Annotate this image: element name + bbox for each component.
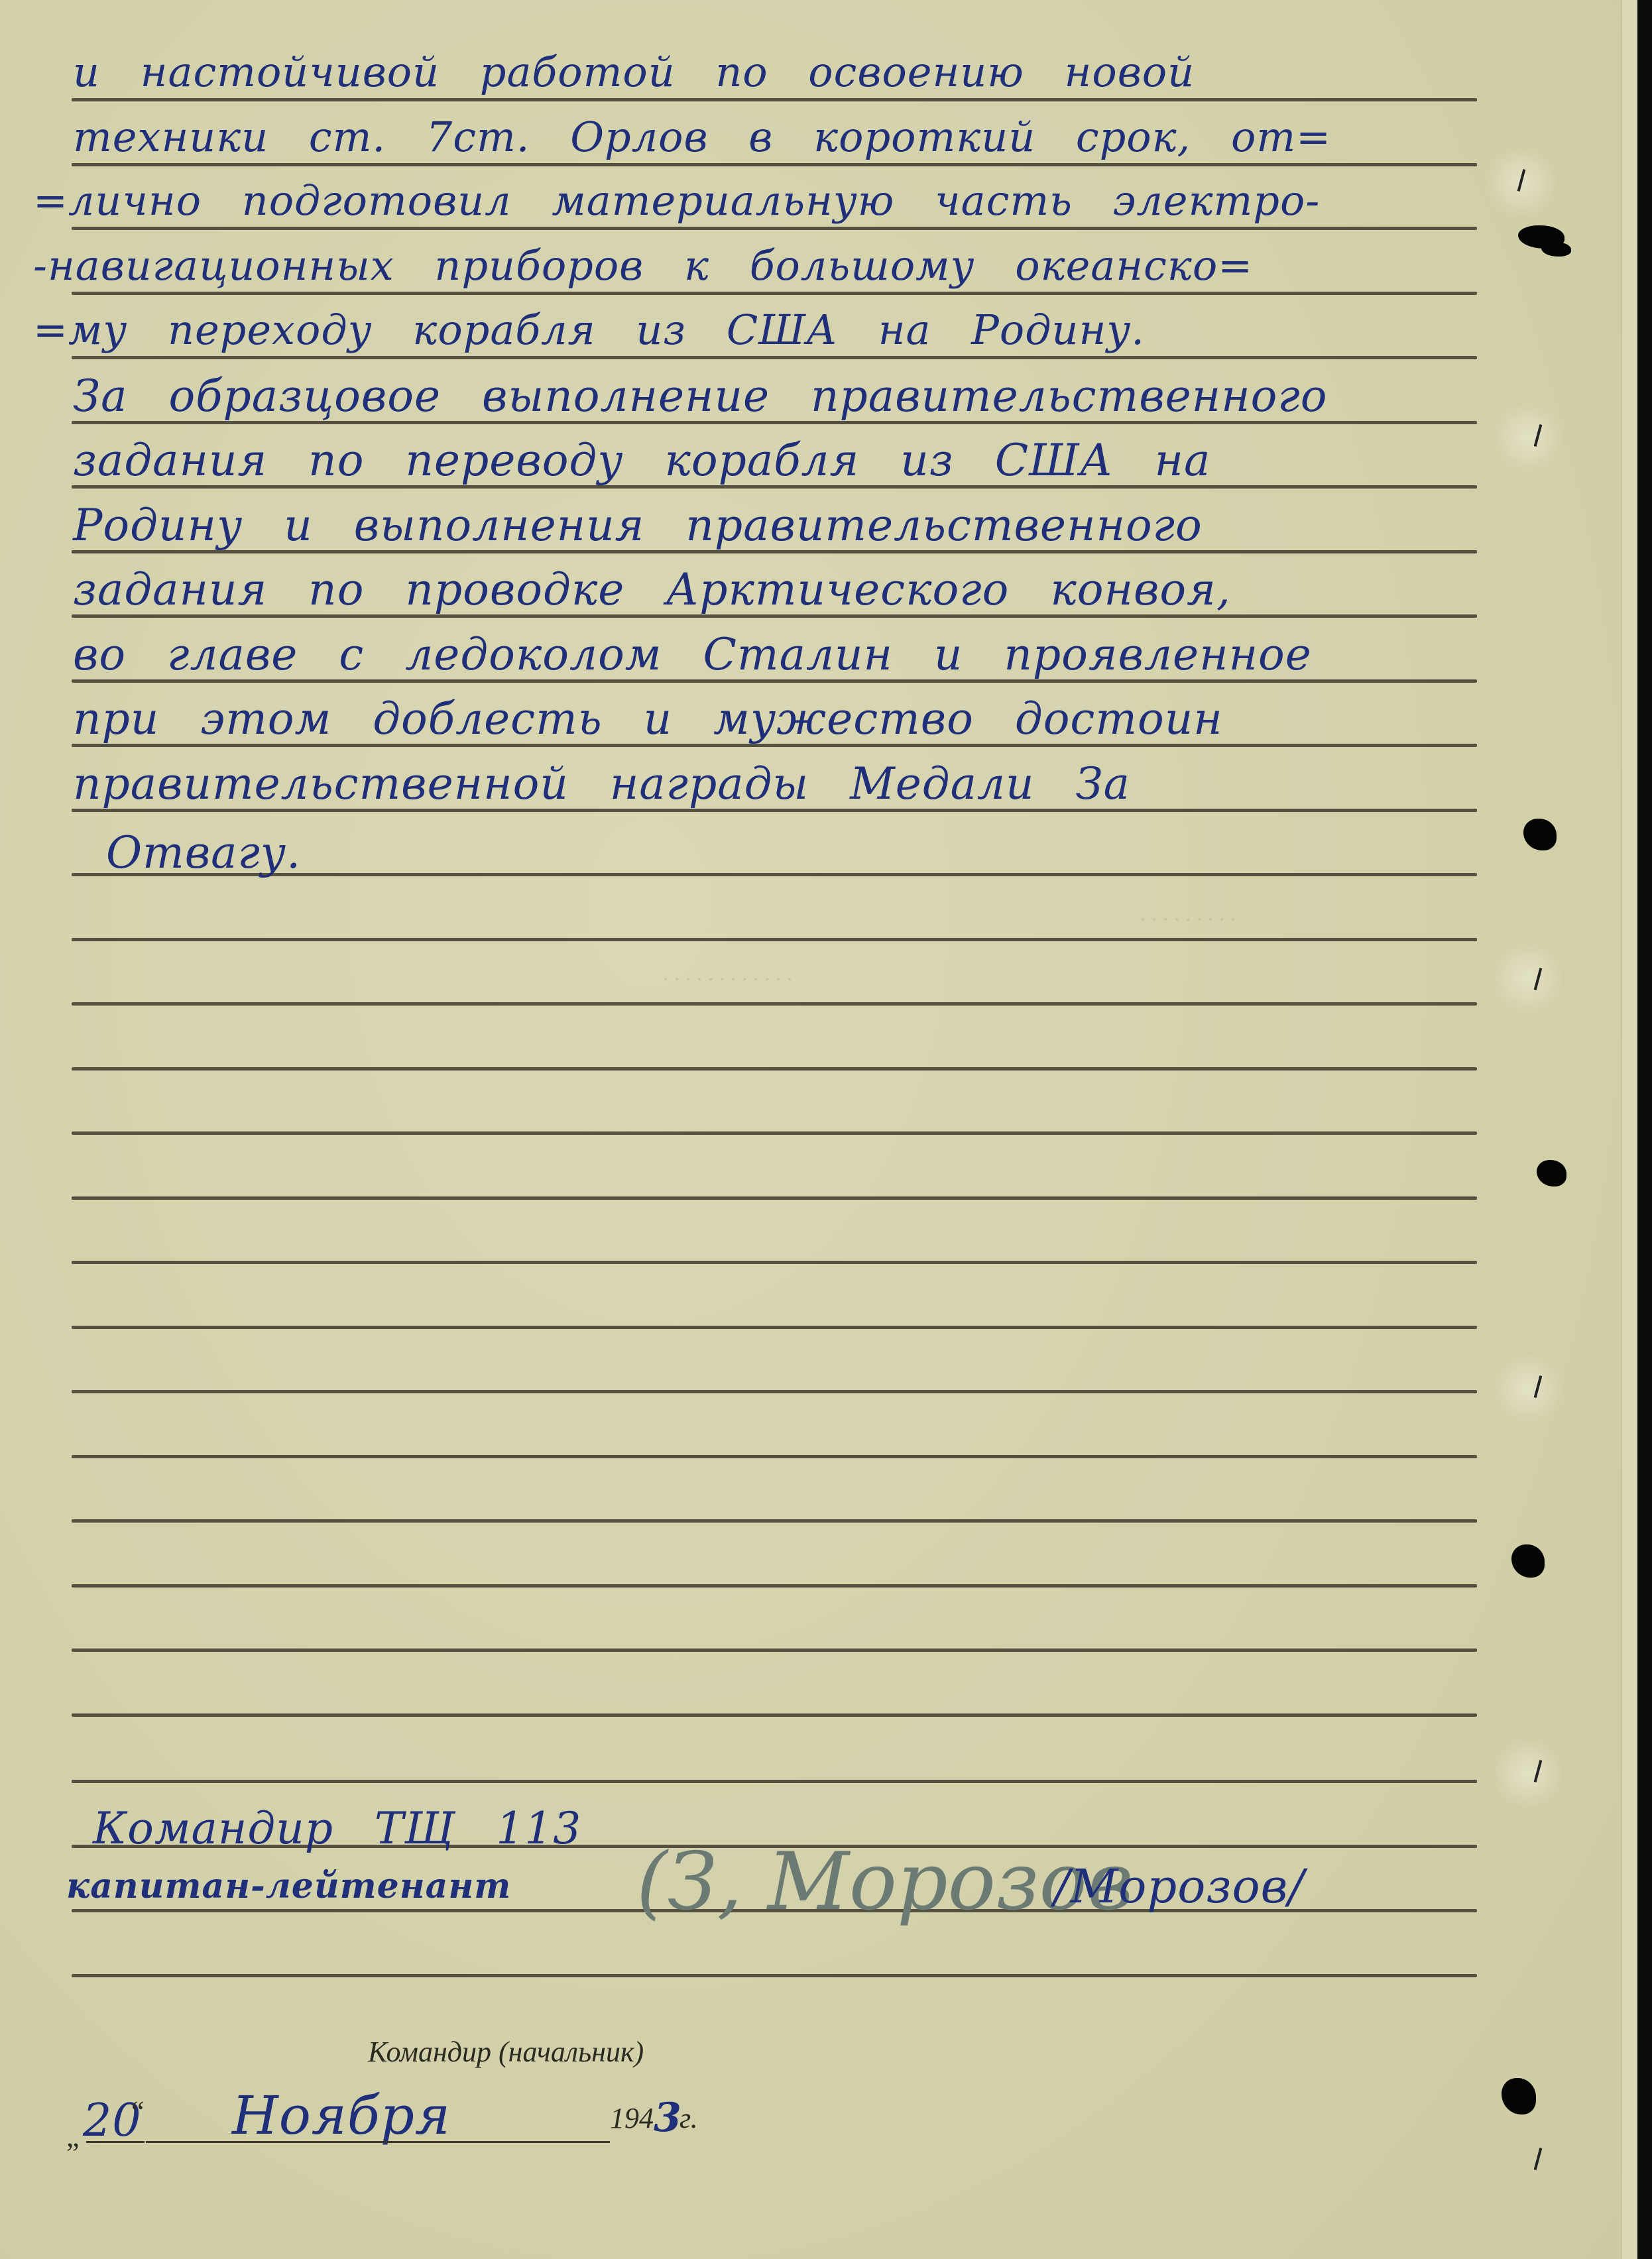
ruled-line bbox=[72, 1519, 1477, 1523]
page-edge bbox=[1621, 0, 1639, 2259]
scan-border bbox=[1637, 0, 1652, 2259]
date-year-digit: 3 bbox=[654, 2095, 682, 2141]
body-line-10: во главе с ледоколом Сталин и проявленно… bbox=[73, 629, 1312, 680]
ruled-line bbox=[72, 292, 1477, 295]
ruled-line bbox=[72, 1002, 1477, 1006]
ruled-line bbox=[72, 1261, 1477, 1264]
date-year-suffix: г. bbox=[679, 2101, 698, 2135]
body-line-7: задания по переводу корабля из США на bbox=[73, 435, 1210, 486]
body-line-12: правительственной награды Медали За bbox=[73, 758, 1130, 809]
body-line-8: Родину и выполнения правительственного bbox=[73, 500, 1203, 551]
ruled-line bbox=[72, 1974, 1477, 1977]
commander-caption: Командир (начальник) bbox=[368, 2035, 644, 2069]
date-line: „ 20 “ Ноября 194 3 г. bbox=[66, 2095, 729, 2154]
paper-dent bbox=[1492, 941, 1564, 1014]
date-close-quote: “ bbox=[131, 2095, 145, 2128]
ruled-line bbox=[72, 1326, 1477, 1329]
ruled-line bbox=[72, 1131, 1477, 1135]
body-line-2: техники ст. 7ст. Орлов в короткий срок, … bbox=[73, 113, 1331, 161]
body-line-11: при этом доблесть и мужество достоин bbox=[73, 693, 1223, 744]
commander-position: Командир ТЩ 113 bbox=[93, 1803, 581, 1854]
date-day-underline bbox=[86, 2141, 145, 2143]
date-open-quote: „ bbox=[66, 2120, 80, 2154]
ruled-line bbox=[72, 356, 1477, 359]
ruled-line bbox=[72, 1455, 1477, 1458]
body-line-9: задания по проводке Арктического конвоя, bbox=[73, 564, 1231, 615]
ruled-line bbox=[72, 227, 1477, 230]
body-line-13: Отвагу. bbox=[106, 827, 301, 878]
body-line-3: =лично подготовил материальную часть эле… bbox=[33, 176, 1320, 225]
ruled-line bbox=[72, 1390, 1477, 1393]
ruled-line bbox=[72, 1649, 1477, 1652]
ruled-line bbox=[72, 98, 1477, 101]
body-line-5: =му переходу корабля из США на Родину. bbox=[33, 306, 1145, 354]
ruled-line bbox=[72, 938, 1477, 941]
ruled-line bbox=[72, 163, 1477, 166]
bleed-through-text: . . . . . . . . . bbox=[1140, 901, 1236, 927]
ruled-line bbox=[72, 1713, 1477, 1717]
signatory-name: /Морозов/ bbox=[1054, 1859, 1305, 1914]
body-line-4: -навигационных приборов к большому океан… bbox=[33, 241, 1253, 290]
paper-dent bbox=[1492, 1352, 1564, 1425]
ruled-line bbox=[72, 1584, 1477, 1588]
date-month-underline bbox=[146, 2141, 610, 2143]
ruled-line bbox=[72, 1067, 1477, 1071]
date-year-printed: 194 bbox=[610, 2101, 654, 2135]
bleed-through-text: . . . . . . . . . . . . bbox=[663, 961, 793, 986]
paper-dent bbox=[1492, 1737, 1564, 1810]
commander-rank: капитан-лейтенант bbox=[66, 1866, 511, 1906]
body-line-6: За образцовое выполнение правительственн… bbox=[73, 371, 1327, 422]
date-month: Ноября bbox=[232, 2085, 451, 2146]
body-line-1: и настойчивой работой по освоению новой bbox=[73, 48, 1195, 96]
ruled-line bbox=[72, 1780, 1477, 1783]
paper-dent bbox=[1492, 401, 1564, 474]
ruled-line bbox=[72, 1196, 1477, 1200]
